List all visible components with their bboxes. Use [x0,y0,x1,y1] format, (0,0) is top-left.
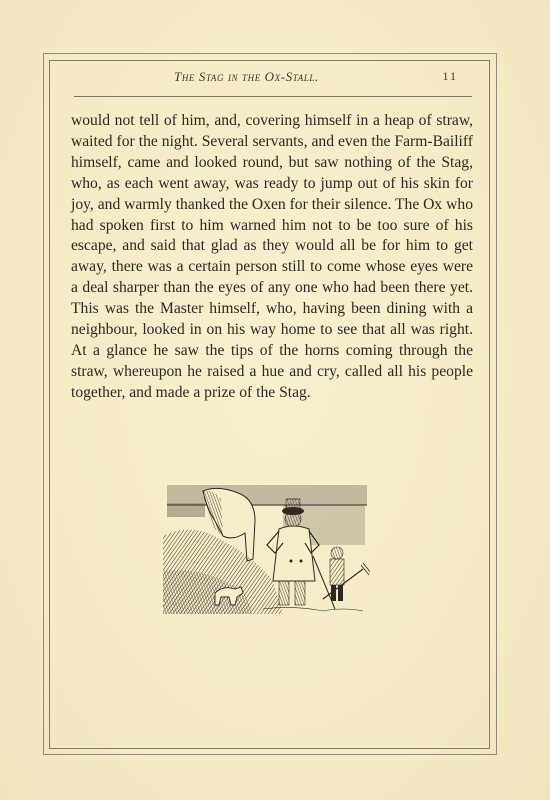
engraving-image [163,481,370,614]
illustration-engraving [163,481,370,614]
running-head: The Stag in the Ox-Stall. 11 [73,69,473,89]
body-text: would not tell of him, and, covering him… [71,111,473,404]
running-head-title: The Stag in the Ox-Stall. [174,69,319,85]
body-paragraph: would not tell of him, and, covering him… [71,111,473,404]
page-number: 11 [442,69,458,84]
running-head-rule [74,96,472,97]
